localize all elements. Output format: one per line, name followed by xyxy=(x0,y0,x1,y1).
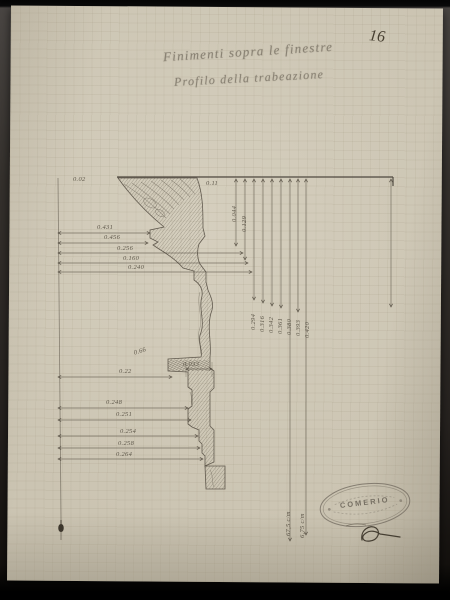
dimension-label: 0.380 xyxy=(286,319,293,335)
dimension-label: 0.254 xyxy=(120,428,136,435)
dimension-label: 0.160 xyxy=(123,255,139,262)
page-number: 16 xyxy=(368,27,386,47)
dimension-label: 0.66 xyxy=(133,346,147,357)
dimension-label: 67,5 c/m xyxy=(285,511,292,536)
dimension-label: 0.316 xyxy=(259,316,266,332)
dimension-label: 0.033 xyxy=(183,361,199,368)
dimension-label: 0.456 xyxy=(104,234,120,241)
dimension-label: 0.431 xyxy=(97,224,113,231)
dimension-label: 0.251 xyxy=(116,411,132,418)
dimension-label: 0.420 xyxy=(304,322,311,338)
dimension-label: 0.393 xyxy=(295,320,302,336)
dimension-label: 0.256 xyxy=(117,245,133,252)
dimension-label: 0.294 xyxy=(250,314,257,330)
photo-frame: 0.020.110.0440.1290.4310.4560.2560.1600.… xyxy=(0,0,450,600)
signature-monogram xyxy=(340,518,404,552)
dimension-label: 6,75 c/m xyxy=(299,513,306,538)
dimension-label: 0.240 xyxy=(128,264,144,271)
dimension-label: 0.02 xyxy=(73,176,86,183)
dimension-label: 0.248 xyxy=(106,399,122,406)
dimension-label: 0.361 xyxy=(277,318,284,334)
dimension-label: 0.342 xyxy=(268,317,275,333)
dimension-label: 0.129 xyxy=(241,216,248,232)
dimension-label: 0.258 xyxy=(118,440,134,447)
dimension-label: 0.22 xyxy=(119,368,132,375)
dimension-label: 0.11 xyxy=(206,180,218,187)
dimension-label: 0.044 xyxy=(231,206,238,222)
dimension-label: 0.264 xyxy=(116,451,132,458)
